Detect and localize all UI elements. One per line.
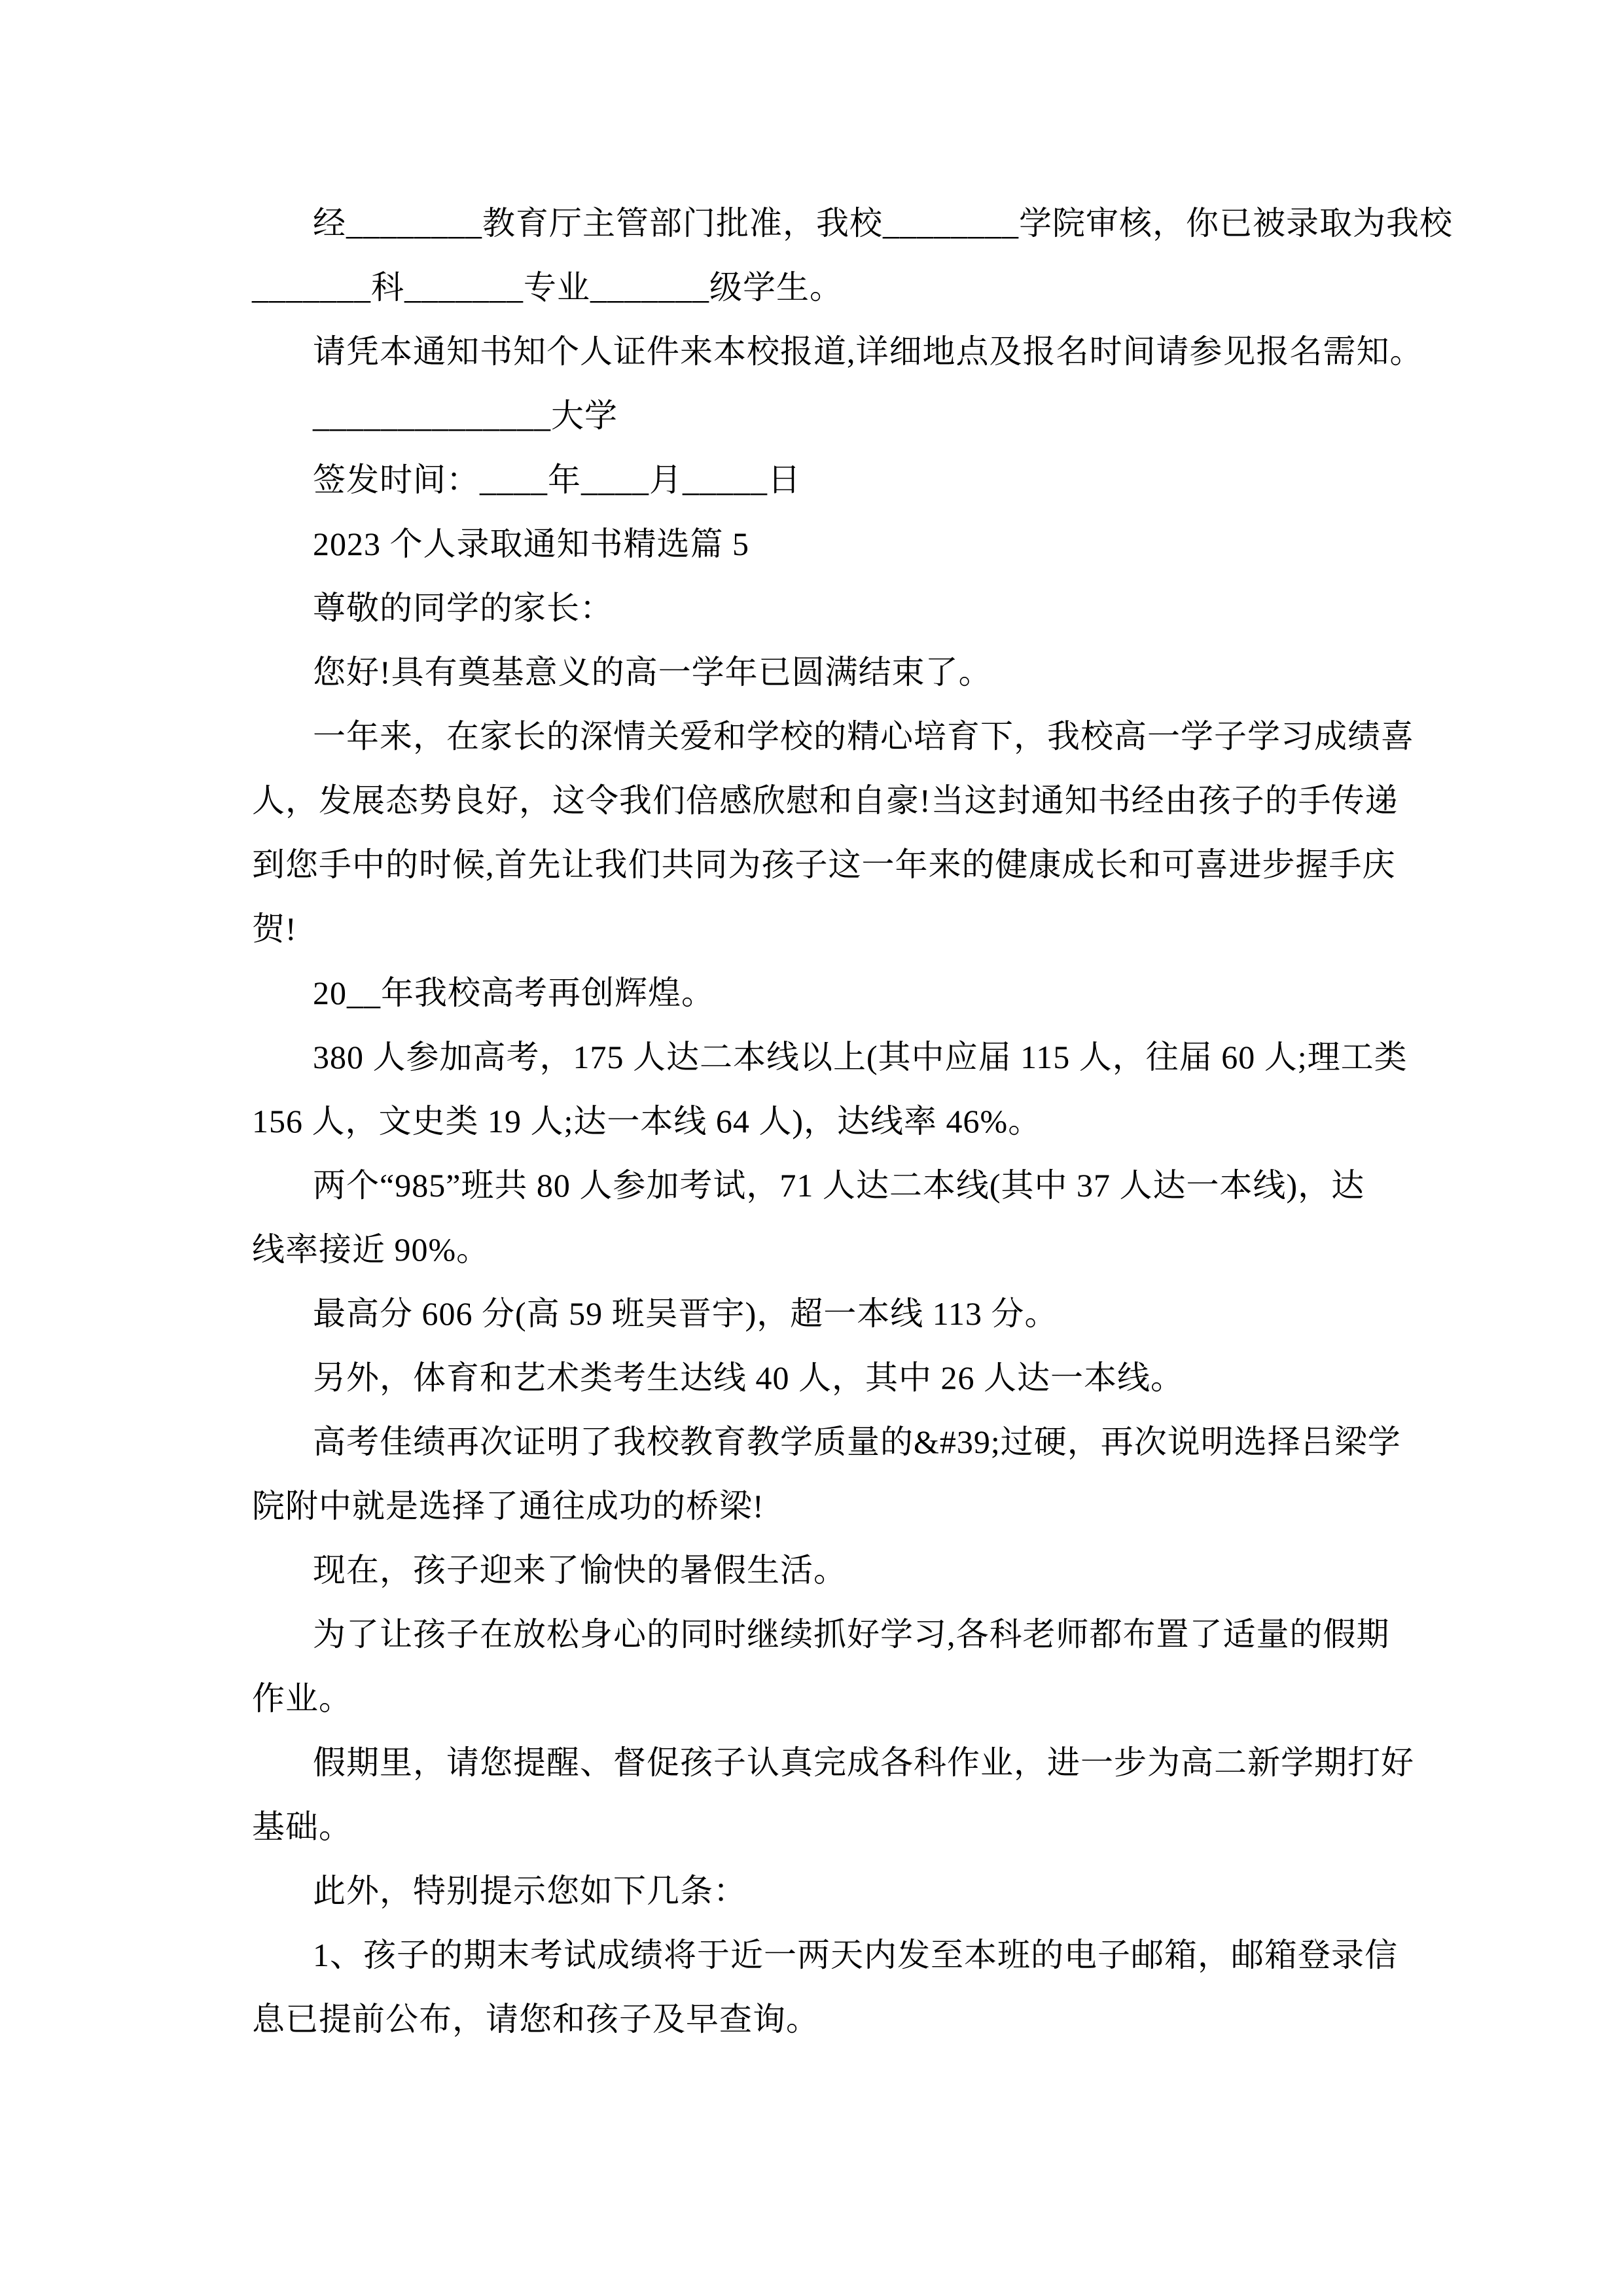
text-line: 为了让孩子在放松身心的同时继续抓好学习,各科老师都布置了适量的假期 bbox=[252, 1614, 1405, 1678]
text-line: 此外，特别提示您如下几条： bbox=[252, 1871, 1405, 1935]
text-line: _______科_______专业_______级学生。 bbox=[252, 267, 1405, 331]
text-line: 另外，体育和艺术类考生达线 40 人，其中 26 人达一本线。 bbox=[252, 1357, 1405, 1422]
text-line: 经________教育厅主管部门批准，我校________学院审核，你已被录取为… bbox=[252, 203, 1405, 267]
text-line: 作业。 bbox=[252, 1678, 1405, 1742]
text-line: 156 人，文史类 19 人;达一本线 64 人)，达线率 46%。 bbox=[252, 1101, 1405, 1165]
text-line: 签发时间：____年____月_____日 bbox=[252, 459, 1405, 524]
text-line: 贺! bbox=[252, 908, 1405, 973]
text-line: 尊敬的同学的家长： bbox=[252, 588, 1405, 652]
text-line: 高考佳绩再次证明了我校教育教学质量的&#39;过硬，再次说明选择吕梁学 bbox=[252, 1422, 1405, 1486]
text-line: 人，发展态势良好，这令我们倍感欣慰和自豪!当这封通知书经由孩子的手传递 bbox=[252, 780, 1405, 844]
text-line: 380 人参加高考，175 人达二本线以上(其中应届 115 人，往届 60 人… bbox=[252, 1037, 1405, 1101]
text-line: ______________大学 bbox=[252, 395, 1405, 459]
text-line: 20__年我校高考再创辉煌。 bbox=[252, 973, 1405, 1037]
text-line: 2023 个人录取通知书精选篇 5 bbox=[252, 524, 1405, 588]
text-line: 线率接近 90%。 bbox=[252, 1229, 1405, 1293]
text-line: 院附中就是选择了通往成功的桥梁! bbox=[252, 1486, 1405, 1550]
text-line: 最高分 606 分(高 59 班吴晋宇)，超一本线 113 分。 bbox=[252, 1293, 1405, 1357]
text-line: 假期里，请您提醒、督促孩子认真完成各科作业，进一步为高二新学期打好 bbox=[252, 1742, 1405, 1806]
text-line: 您好!具有奠基意义的高一学年已圆满结束了。 bbox=[252, 652, 1405, 716]
text-line: 一年来，在家长的深情关爱和学校的精心培育下，我校高一学子学习成绩喜 bbox=[252, 716, 1405, 780]
text-line: 1、孩子的期末考试成绩将于近一两天内发至本班的电子邮箱，邮箱登录信 bbox=[252, 1935, 1405, 1999]
text-line: 基础。 bbox=[252, 1806, 1405, 1871]
text-line: 息已提前公布，请您和孩子及早查询。 bbox=[252, 1999, 1405, 2063]
text-line: 两个“985”班共 80 人参加考试，71 人达二本线(其中 37 人达一本线)… bbox=[252, 1165, 1405, 1229]
text-line: 到您手中的时候,首先让我们共同为孩子这一年来的健康成长和可喜进步握手庆 bbox=[252, 844, 1405, 908]
text-line: 现在，孩子迎来了愉快的暑假生活。 bbox=[252, 1550, 1405, 1614]
document-page: 经________教育厅主管部门批准，我校________学院审核，你已被录取为… bbox=[0, 0, 1623, 2296]
text-line: 请凭本通知书知个人证件来本校报道,详细地点及报名时间请参见报名需知。 bbox=[252, 331, 1405, 395]
document-body: 经________教育厅主管部门批准，我校________学院审核，你已被录取为… bbox=[252, 203, 1405, 2063]
